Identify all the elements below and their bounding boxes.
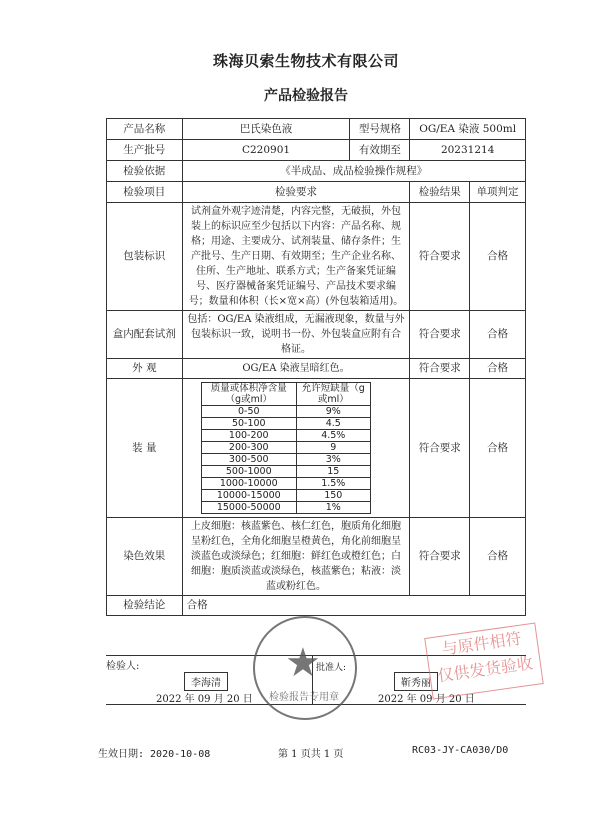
basis-label: 检验依据 xyxy=(107,161,183,182)
fill-cell: 300-500 xyxy=(201,454,296,466)
row-requirement: OG/EA 染液呈暗红色。 xyxy=(182,359,410,379)
row-verdict: 合格 xyxy=(470,359,526,379)
fill-cell: 500-1000 xyxy=(201,466,296,478)
row-item: 包装标识 xyxy=(107,203,183,311)
fill-cell: 50-100 xyxy=(201,418,296,430)
table-row: 装 量 质量或体积净含量（g或ml）允许短缺量（g或ml） 0-509%50-1… xyxy=(107,379,526,518)
col-requirement: 检验要求 xyxy=(182,182,410,203)
table-row: 染色效果 上皮细胞：核蓝紫色、核仁红色，胞质角化细胞呈粉红色，全角化细胞呈橙黄色… xyxy=(107,518,526,596)
row-verdict: 合格 xyxy=(470,379,526,518)
inspector-label: 检验人: xyxy=(106,657,139,672)
star-icon: ★ xyxy=(285,640,321,686)
fill-row: 50-1004.5 xyxy=(201,418,370,430)
row-requirement: 包括：OG/EA 染液组成，无漏液现象，数量与外包装标识一致，说明书一份、外包装… xyxy=(182,311,410,359)
fill-row: 300-5003% xyxy=(201,454,370,466)
fill-cell: 1000-10000 xyxy=(201,478,296,490)
fill-row: 1000-100001.5% xyxy=(201,478,370,490)
row-result: 符合要求 xyxy=(410,359,470,379)
col-verdict: 单项判定 xyxy=(470,182,526,203)
basis-value: 《半成品、成品检验操作规程》 xyxy=(182,161,525,182)
row-result: 符合要求 xyxy=(410,379,470,518)
batch-label: 生产批号 xyxy=(107,140,183,161)
fill-cell: 150 xyxy=(296,490,370,502)
fill-cell: 15 xyxy=(296,466,370,478)
fill-header: 质量或体积净含量（g或ml） xyxy=(201,383,296,406)
row-requirement: 上皮细胞：核蓝紫色、核仁红色，胞质角化细胞呈粉红色，全角化细胞呈橙黄色，角化前细… xyxy=(182,518,410,596)
product-name-label: 产品名称 xyxy=(107,119,183,140)
fill-cell: 10000-15000 xyxy=(201,490,296,502)
row-item: 外 观 xyxy=(107,359,183,379)
fill-cell: 9 xyxy=(296,442,370,454)
row-verdict: 合格 xyxy=(470,203,526,311)
row-item: 染色效果 xyxy=(107,518,183,596)
product-name: 巴氏染色液 xyxy=(182,119,350,140)
effective-date: 生效日期: 2020-10-08 xyxy=(98,745,210,760)
model-label: 型号规格 xyxy=(350,119,410,140)
row-verdict: 合格 xyxy=(470,311,526,359)
fill-row: 100-2004.5% xyxy=(201,430,370,442)
table-row: 包装标识 试剂盒外观字迹清楚，内容完整，无破损，外包装上的标识应至少包括以下内容… xyxy=(107,203,526,311)
fill-cell: 15000-50000 xyxy=(201,502,296,514)
fill-row: 0-509% xyxy=(201,406,370,418)
fill-row: 200-3009 xyxy=(201,442,370,454)
expiry-value: 20231214 xyxy=(410,140,526,161)
conclusion-value: 合格 xyxy=(182,596,525,616)
fill-cell: 1% xyxy=(296,502,370,514)
inspector-date: 2022 年 09 月 20 日 xyxy=(156,690,253,705)
fill-cell: 100-200 xyxy=(201,430,296,442)
row-result: 符合要求 xyxy=(410,311,470,359)
fill-row: 15000-500001% xyxy=(201,502,370,514)
table-row: 外 观 OG/EA 染液呈暗红色。 符合要求 合格 xyxy=(107,359,526,379)
batch-value: C220901 xyxy=(182,140,350,161)
inspection-table: 产品名称 巴氏染色液 型号规格 OG/EA 染液 500ml 生产批号 C220… xyxy=(106,118,526,616)
fill-cell: 9% xyxy=(296,406,370,418)
seal-text: 检验报告专用章 xyxy=(269,688,339,703)
doc-code: RC03-JY-CA030/D0 xyxy=(412,745,508,756)
fill-cell: 4.5% xyxy=(296,430,370,442)
model-value: OG/EA 染液 500ml xyxy=(410,119,526,140)
fill-cell: 3% xyxy=(296,454,370,466)
col-result: 检验结果 xyxy=(410,182,470,203)
fill-header: 允许短缺量（g或ml） xyxy=(296,383,370,406)
page-number: 第 1 页共 1 页 xyxy=(278,745,343,760)
inspector-name: 李海清 xyxy=(184,672,228,691)
fill-cell: 200-300 xyxy=(201,442,296,454)
conclusion-label: 检验结论 xyxy=(107,596,183,616)
row-result: 符合要求 xyxy=(410,518,470,596)
report-title: 产品检验报告 xyxy=(0,85,612,105)
fill-row: 500-100015 xyxy=(201,466,370,478)
expiry-label: 有效期至 xyxy=(350,140,410,161)
company-name: 珠海贝索生物技术有限公司 xyxy=(0,50,612,71)
company-seal: ★ 检验报告专用章 xyxy=(253,616,357,720)
row-item: 盒内配套试剂 xyxy=(107,311,183,359)
col-item: 检验项目 xyxy=(107,182,183,203)
row-requirement: 试剂盒外观字迹清楚，内容完整，无破损，外包装上的标识应至少包括以下内容：产品名称… xyxy=(182,203,410,311)
fill-row: 10000-15000150 xyxy=(201,490,370,502)
table-row: 盒内配套试剂 包括：OG/EA 染液组成，无漏液现象，数量与外包装标识一致，说明… xyxy=(107,311,526,359)
fill-cell: 1.5% xyxy=(296,478,370,490)
fill-cell: 0-50 xyxy=(201,406,296,418)
row-verdict: 合格 xyxy=(470,518,526,596)
fill-tolerance-table: 质量或体积净含量（g或ml）允许短缺量（g或ml） 0-509%50-1004.… xyxy=(201,382,371,514)
fill-cell: 4.5 xyxy=(296,418,370,430)
row-item: 装 量 xyxy=(107,379,183,518)
row-result: 符合要求 xyxy=(410,203,470,311)
